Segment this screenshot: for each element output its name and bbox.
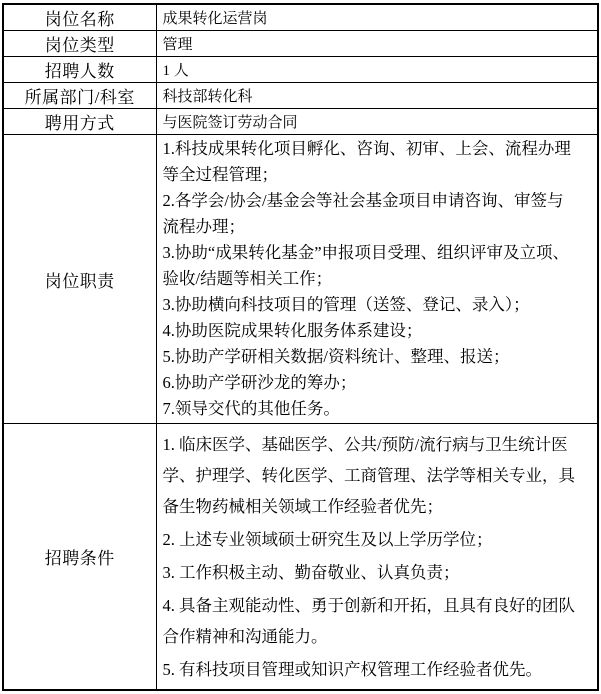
- value-department: 科技部转化科: [156, 83, 598, 109]
- row-position-type: 岗位类型 管理: [3, 31, 598, 57]
- row-employment-type: 聘用方式 与医院签订劳动合同: [3, 109, 598, 135]
- value-responsibilities: 1.科技成果转化项目孵化、咨询、初审、上会、流程办理 等全过程管理； 2.各学会…: [156, 135, 598, 424]
- responsibility-item: 1.科技成果转化项目孵化、咨询、初审、上会、流程办理 等全过程管理；: [163, 136, 596, 188]
- responsibility-item: 3.协助“成果转化基金”申报项目受理、组织评审及立项、 验收/结题等相关工作；: [163, 240, 596, 292]
- requirement-item: 2. 上述专业领域硕士研究生及以上学历学位；: [163, 524, 596, 555]
- responsibility-item: 4.协助医院成果转化服务体系建设；: [163, 318, 596, 344]
- row-requirements: 招聘条件 1. 临床医学、基础医学、公共/预防/流行病与卫生统计医 学、护理学、…: [3, 424, 598, 691]
- value-position-type: 管理: [156, 31, 598, 57]
- requirement-item: 4. 具备主观能动性、勇于创新和开拓，且具有良好的团队 合作精神和沟通能力。: [163, 590, 596, 652]
- label-headcount: 招聘人数: [3, 57, 156, 83]
- requirement-item: 1. 临床医学、基础医学、公共/预防/流行病与卫生统计医 学、护理学、转化医学、…: [163, 429, 596, 522]
- responsibility-item: 5.协助产学研相关数据/资料统计、整理、报送；: [163, 344, 596, 370]
- label-responsibilities: 岗位职责: [3, 135, 156, 424]
- label-position-type: 岗位类型: [3, 31, 156, 57]
- label-department: 所属部门/科室: [3, 83, 156, 109]
- responsibility-item: 2.各学会/协会/基金会等社会基金项目申请咨询、审签与 流程办理；: [163, 188, 596, 240]
- label-position-name: 岗位名称: [3, 4, 156, 31]
- responsibility-item: 3.协助横向科技项目的管理（送签、登记、录入）；: [163, 292, 596, 318]
- label-requirements: 招聘条件: [3, 424, 156, 691]
- requirement-item: 3. 工作积极主动、勤奋敬业、认真负责；: [163, 557, 596, 588]
- value-headcount: 1 人: [156, 57, 598, 83]
- document-page: 岗位名称 成果转化运营岗 岗位类型 管理 招聘人数 1 人 所属部门/科室 科技…: [0, 0, 601, 694]
- value-employment-type: 与医院签订劳动合同: [156, 109, 598, 135]
- responsibility-item: 7.领导交代的其他任务。: [163, 396, 596, 422]
- row-position-name: 岗位名称 成果转化运营岗: [3, 4, 598, 31]
- responsibility-item: 6.协助产学研沙龙的筹办；: [163, 370, 596, 396]
- label-employment-type: 聘用方式: [3, 109, 156, 135]
- value-requirements: 1. 临床医学、基础医学、公共/预防/流行病与卫生统计医 学、护理学、转化医学、…: [156, 424, 598, 691]
- row-department: 所属部门/科室 科技部转化科: [3, 83, 598, 109]
- row-responsibilities: 岗位职责 1.科技成果转化项目孵化、咨询、初审、上会、流程办理 等全过程管理； …: [3, 135, 598, 424]
- requirement-item: 5. 有科技项目管理或知识产权管理工作经验者优先。: [163, 654, 596, 685]
- row-headcount: 招聘人数 1 人: [3, 57, 598, 83]
- job-posting-table: 岗位名称 成果转化运营岗 岗位类型 管理 招聘人数 1 人 所属部门/科室 科技…: [2, 3, 599, 691]
- value-position-name: 成果转化运营岗: [156, 4, 598, 31]
